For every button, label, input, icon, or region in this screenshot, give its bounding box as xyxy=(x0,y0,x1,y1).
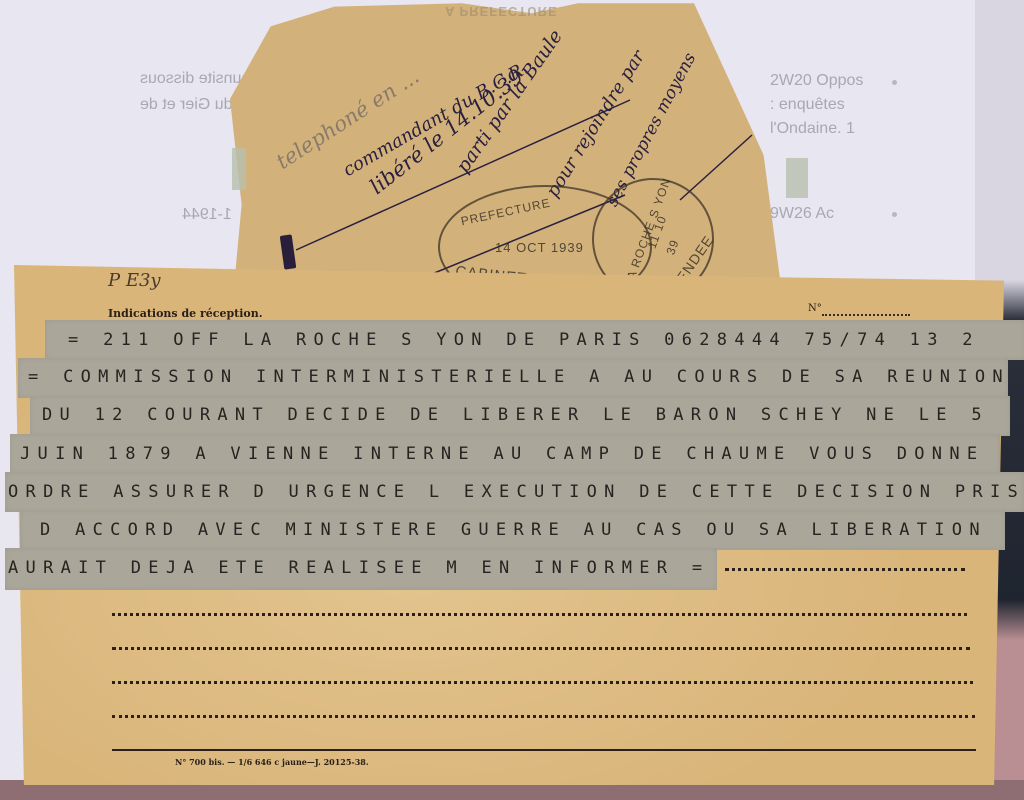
ruled-line xyxy=(112,681,973,684)
pencil-annotation: P E3y xyxy=(108,270,161,291)
telegram-text-line: DU 12 COURANT DECIDE DE LIBERER LE BARON… xyxy=(42,405,989,425)
ruled-line xyxy=(112,613,967,616)
ruled-line xyxy=(112,749,976,751)
telegram-text-line: AURAIT DEJA ETE REALISEE M EN INFORMER = xyxy=(8,558,709,578)
ruled-line xyxy=(112,715,975,718)
form-footer-print: N° 700 bis. — 1/6 646 c jaune—J. 20125-3… xyxy=(175,757,369,767)
reception-label: Indications de réception. xyxy=(108,307,263,320)
telegram-text-line: JUIN 1879 A VIENNE INTERNE AU CAMP DE CH… xyxy=(20,444,984,464)
ruled-line xyxy=(725,568,965,571)
telegram-header-line: = 211 OFF LA ROCHE S YON DE PARIS 062844… xyxy=(68,330,980,350)
telegram-text-line: D ACCORD AVEC MINISTERE GUERRE AU CAS OU… xyxy=(40,520,987,540)
ruled-line xyxy=(112,647,970,650)
telegram-text-line: = COMMISSION INTERMINISTERIELLE A AU COU… xyxy=(28,367,1010,387)
number-label: N° xyxy=(808,303,822,314)
telegram-text-line: ORDRE ASSURER D URGENCE L EXECUTION DE C… xyxy=(8,482,1024,502)
stamp-date: 14 OCT 1939 xyxy=(495,240,584,255)
number-field-line xyxy=(822,314,910,316)
